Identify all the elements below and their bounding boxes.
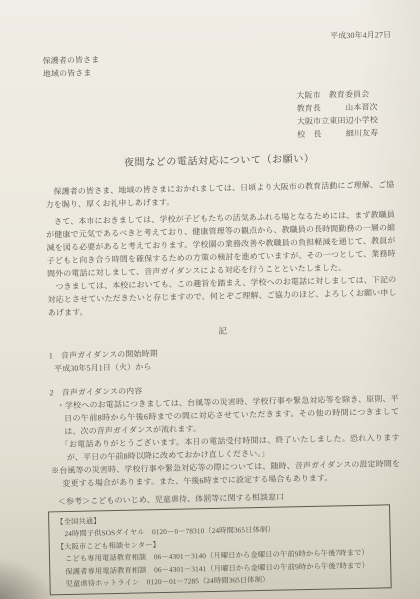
letter-title: 夜間などの電話対応について（お願い） bbox=[45, 151, 394, 172]
item-guidance-content: 2 音声ガイダンスの内容 ・学校へのお電話につきましては、台風等の災害時、学校行… bbox=[49, 379, 400, 490]
letter-date: 平成30年4月27日 bbox=[42, 28, 391, 48]
body-paragraph-background: さて、本市におきましては、学校が子どもたちの活気あふれる場となるためには、まず教… bbox=[46, 208, 396, 280]
photo-background: 平成30年4月27日 保護者の皆さま 地域の皆さま 大阪市 教育委員会 教育長 … bbox=[0, 0, 420, 599]
reference-box: 【全国共通】 24時間子供SOSダイヤル 0120－0－78310（24時間36… bbox=[48, 504, 392, 596]
sender-block: 大阪市 教育委員会 教育長 山本晋次 大阪市立東田辺小学校 校 長 細川友寿 bbox=[296, 87, 393, 141]
body-paragraph-request: つきましては、本校においても、この趣旨を踏まえ、学校へのお電話に対しましては、下… bbox=[47, 273, 397, 319]
record-marker: 記 bbox=[48, 321, 397, 341]
letter-sheet: 平成30年4月27日 保護者の皆さま 地域の皆さま 大阪市 教育委員会 教育長 … bbox=[0, 0, 420, 599]
recipient-block: 保護者の皆さま 地域の皆さま bbox=[42, 47, 391, 80]
sender-line-principal: 校 長 細川友寿 bbox=[297, 126, 393, 141]
body-paragraph-greeting: 保護者の皆さま、地域の皆さまにおかれましては、日頃より大阪市の教育活動にご理解、… bbox=[45, 178, 394, 211]
item-start-period: 1 音声ガイダンスの開始時期 平成30年5月1日（火）から bbox=[49, 342, 398, 375]
